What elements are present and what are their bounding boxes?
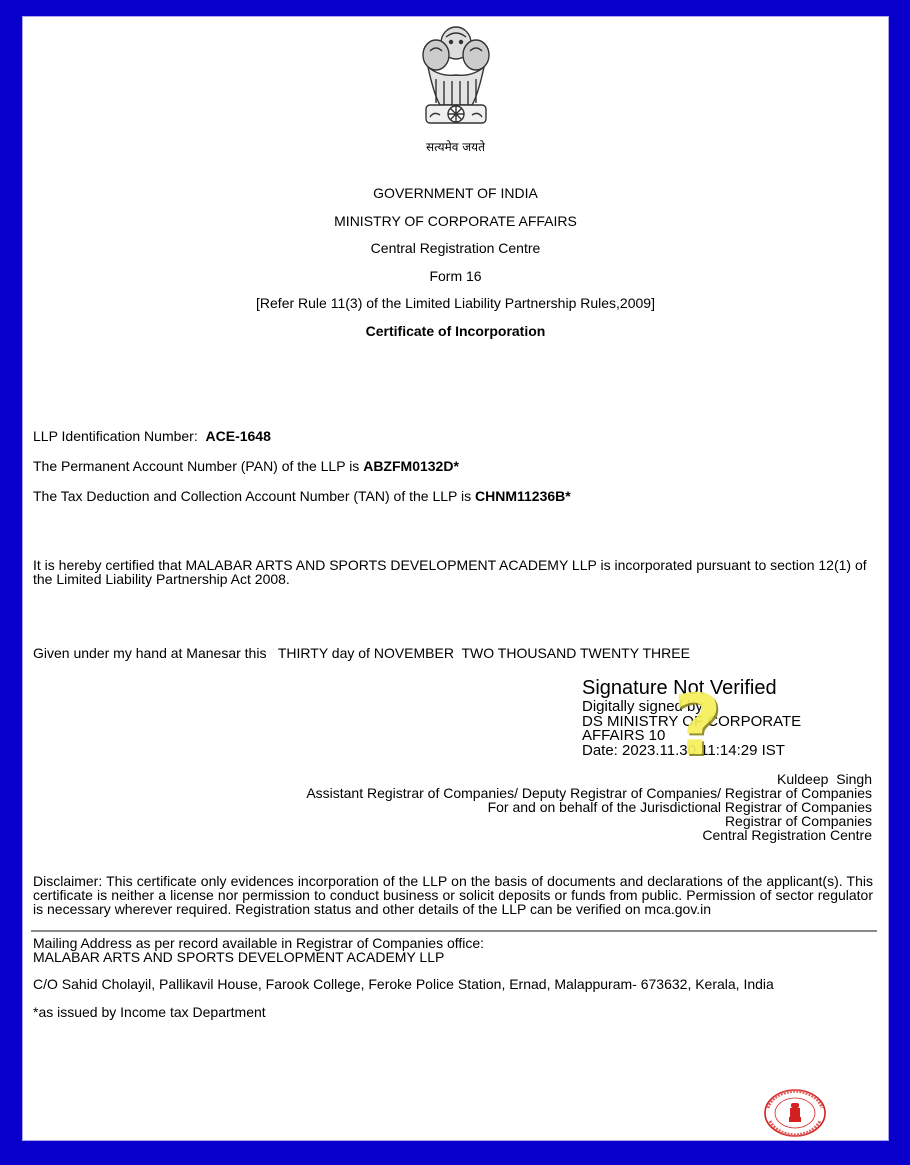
pan-line: The Permanent Account Number (PAN) of th… [33,458,459,474]
registrar-office: Registrar of Companies [306,814,872,828]
national-motto: सत्यमेव जयते [23,138,888,155]
question-mark-icon: ? [673,683,722,767]
mailing-address: C/O Sahid Cholayil, Pallikavil House, Fa… [33,977,873,991]
llpin-line: LLP Identification Number: ACE-1648 [33,428,271,444]
digital-signature-block: Signature Not Verified Digitally signed … [582,676,882,758]
registrar-block: Kuldeep Singh Assistant Registrar of Com… [306,772,872,842]
header-ministry: MINISTRY OF CORPORATE AFFAIRS [23,213,888,229]
certificate-title: Certificate of Incorporation [23,323,888,339]
tan-line: The Tax Deduction and Collection Account… [33,488,571,504]
ashoka-lion-capital-emblem-icon [406,17,506,157]
registrar-designation: Assistant Registrar of Companies/ Deputy… [306,786,872,800]
registrar-name: Kuldeep Singh [306,772,872,786]
signature-status: Signature Not Verified [582,676,882,700]
given-under-line: Given under my hand at Manesar this THIR… [33,645,690,661]
registrar-centre: Central Registration Centre [306,828,872,842]
ministry-of-corporate-affairs-seal-icon [763,1088,827,1138]
certificate-page: सत्यमेव जयते GOVERNMENT OF INDIA MINISTR… [23,17,888,1140]
tan-label: The Tax Deduction and Collection Account… [33,488,471,504]
header-centre: Central Registration Centre [23,240,888,256]
section-divider [31,930,877,932]
tan-value: CHNM11236B* [475,488,571,504]
mailing-heading: Mailing Address as per record available … [33,936,873,950]
pan-value: ABZFM0132D* [363,458,459,474]
certification-text: It is hereby certified that MALABAR ARTS… [33,558,873,586]
llpin-value: ACE-1648 [206,428,271,444]
mailing-name: MALABAR ARTS AND SPORTS DEVELOPMENT ACAD… [33,950,873,964]
signature-date: Date: 2023.11.30 11:14:29 IST [582,744,882,759]
registrar-behalf: For and on behalf of the Jurisdictional … [306,800,872,814]
disclaimer-text: Disclaimer: This certificate only eviden… [33,874,873,916]
header-rule-reference: [Refer Rule 11(3) of the Limited Liabili… [23,295,888,311]
header-government: GOVERNMENT OF INDIA [23,185,888,201]
header-form: Form 16 [23,268,888,284]
pan-label: The Permanent Account Number (PAN) of th… [33,458,359,474]
footnote: *as issued by Income tax Department [33,1005,873,1019]
llpin-label: LLP Identification Number: [33,428,198,444]
